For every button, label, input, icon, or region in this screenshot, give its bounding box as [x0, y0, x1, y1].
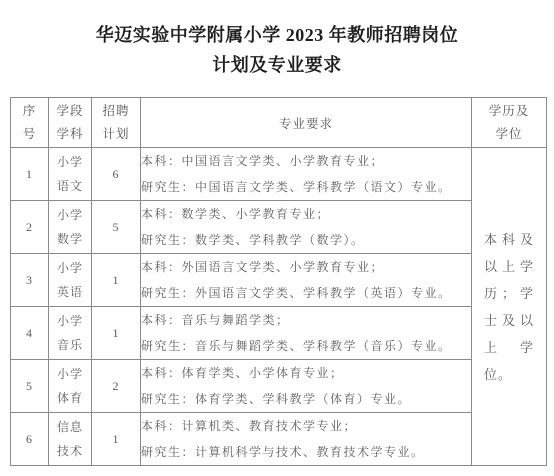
- serial-number: 3: [11, 254, 49, 307]
- header-serial-number-line2: 号: [11, 123, 48, 146]
- table-row-1: 1 小学 语文 6 本科：中国语言文学类、小学教育专业； 研究生：中国语言文学类…: [11, 148, 547, 201]
- subject-cell: 小学 数学: [49, 201, 92, 254]
- requirement-postgrad: 研究生：体育学类、学科教学（体育）专业。: [141, 386, 471, 412]
- document-title-line1: 华迈实验中学附属小学 2023 年教师招聘岗位: [0, 20, 554, 50]
- requirement-undergrad: 本科：音乐与舞蹈学类；: [141, 307, 471, 333]
- requirements-cell: 本科：体育学类、小学体育专业； 研究生：体育学类、学科教学（体育）专业。: [141, 360, 472, 413]
- degree-note-cell: 本科及以上学历；学士及以上学位。: [472, 148, 547, 466]
- recruit-count: 1: [92, 413, 141, 466]
- header-recruit-count-line2: 计划: [92, 123, 140, 146]
- subject-line2: 英语: [49, 280, 91, 304]
- requirements-cell: 本科：计算机类、教育技术学专业； 研究生：计算机科学与技术、教育技术学专业。: [141, 413, 472, 466]
- recruit-count: 1: [92, 254, 141, 307]
- header-degree-line1: 学历及: [472, 100, 546, 123]
- requirement-undergrad: 本科：计算机类、教育技术学专业；: [141, 413, 471, 439]
- subject-cell: 小学 语文: [49, 148, 92, 201]
- subject-line1: 小学: [49, 309, 91, 333]
- header-recruit-count-line1: 招聘: [92, 100, 140, 123]
- requirement-undergrad: 本科：数学类、小学教育专业；: [141, 201, 471, 227]
- header-serial-number-line1: 序: [11, 100, 48, 123]
- header-degree: 学历及 学位: [472, 98, 547, 148]
- recruit-count: 1: [92, 307, 141, 360]
- header-requirements: 专业要求: [141, 98, 472, 148]
- subject-line1: 小学: [49, 362, 91, 386]
- table-row-6: 6 信息 技术 1 本科：计算机类、教育技术学专业； 研究生：计算机科学与技术、…: [11, 413, 547, 466]
- header-subject-line2: 学科: [49, 123, 91, 146]
- header-subject-line1: 学段: [49, 100, 91, 123]
- header-degree-line2: 学位: [472, 123, 546, 146]
- table-row-5: 5 小学 体育 2 本科：体育学类、小学体育专业； 研究生：体育学类、学科教学（…: [11, 360, 547, 413]
- subject-cell: 小学 体育: [49, 360, 92, 413]
- serial-number: 5: [11, 360, 49, 413]
- header-serial-number: 序 号: [11, 98, 49, 148]
- subject-line2: 体育: [49, 386, 91, 410]
- requirements-cell: 本科：数学类、小学教育专业； 研究生：数学类、学科教学（数学）。: [141, 201, 472, 254]
- requirement-undergrad: 本科：中国语言文学类、小学教育专业；: [141, 148, 471, 174]
- recruit-count: 6: [92, 148, 141, 201]
- requirement-postgrad: 研究生：中国语言文学类、学科教学（语文）专业。: [141, 174, 471, 200]
- requirements-cell: 本科：音乐与舞蹈学类； 研究生：音乐与舞蹈学类、学科教学（音乐）专业。: [141, 307, 472, 360]
- subject-line2: 数学: [49, 227, 91, 251]
- subject-line2: 技术: [49, 439, 91, 463]
- requirement-postgrad: 研究生：音乐与舞蹈学类、学科教学（音乐）专业。: [141, 333, 471, 359]
- requirements-cell: 本科：外国语言文学类、小学教育专业； 研究生：外国语言文学类、学科教学（英语）专…: [141, 254, 472, 307]
- subject-line1: 小学: [49, 203, 91, 227]
- table-header-row: 序 号 学段 学科 招聘 计划 专业要求 学历及 学位: [11, 98, 547, 148]
- requirements-cell: 本科：中国语言文学类、小学教育专业； 研究生：中国语言文学类、学科教学（语文）专…: [141, 148, 472, 201]
- recruit-count: 5: [92, 201, 141, 254]
- serial-number: 2: [11, 201, 49, 254]
- degree-note: 本科及以上学历；学士及以上学位。: [484, 226, 534, 388]
- document-title-line2: 计划及专业要求: [0, 50, 554, 80]
- subject-cell: 信息 技术: [49, 413, 92, 466]
- subject-line1: 小学: [49, 150, 91, 174]
- serial-number: 4: [11, 307, 49, 360]
- serial-number: 1: [11, 148, 49, 201]
- table-row-2: 2 小学 数学 5 本科：数学类、小学教育专业； 研究生：数学类、学科教学（数学…: [11, 201, 547, 254]
- table-row-3: 3 小学 英语 1 本科：外国语言文学类、小学教育专业； 研究生：外国语言文学类…: [11, 254, 547, 307]
- subject-line2: 音乐: [49, 333, 91, 357]
- serial-number: 6: [11, 413, 49, 466]
- table-row-4: 4 小学 音乐 1 本科：音乐与舞蹈学类； 研究生：音乐与舞蹈学类、学科教学（音…: [11, 307, 547, 360]
- recruitment-table: 序 号 学段 学科 招聘 计划 专业要求 学历及 学位 1 小学 语文: [10, 97, 547, 466]
- requirement-undergrad: 本科：外国语言文学类、小学教育专业；: [141, 254, 471, 280]
- document-page: 华迈实验中学附属小学 2023 年教师招聘岗位 计划及专业要求 序 号 学段 学…: [0, 0, 554, 476]
- header-subject: 学段 学科: [49, 98, 92, 148]
- header-recruit-count: 招聘 计划: [92, 98, 141, 148]
- requirement-postgrad: 研究生：计算机科学与技术、教育技术学专业。: [141, 439, 471, 465]
- recruit-count: 2: [92, 360, 141, 413]
- requirement-postgrad: 研究生：数学类、学科教学（数学）。: [141, 227, 471, 253]
- subject-cell: 小学 英语: [49, 254, 92, 307]
- subject-line1: 信息: [49, 415, 91, 439]
- requirement-postgrad: 研究生：外国语言文学类、学科教学（英语）专业。: [141, 280, 471, 306]
- subject-line2: 语文: [49, 174, 91, 198]
- subject-line1: 小学: [49, 256, 91, 280]
- subject-cell: 小学 音乐: [49, 307, 92, 360]
- requirement-undergrad: 本科：体育学类、小学体育专业；: [141, 360, 471, 386]
- document-title: 华迈实验中学附属小学 2023 年教师招聘岗位 计划及专业要求: [0, 0, 554, 80]
